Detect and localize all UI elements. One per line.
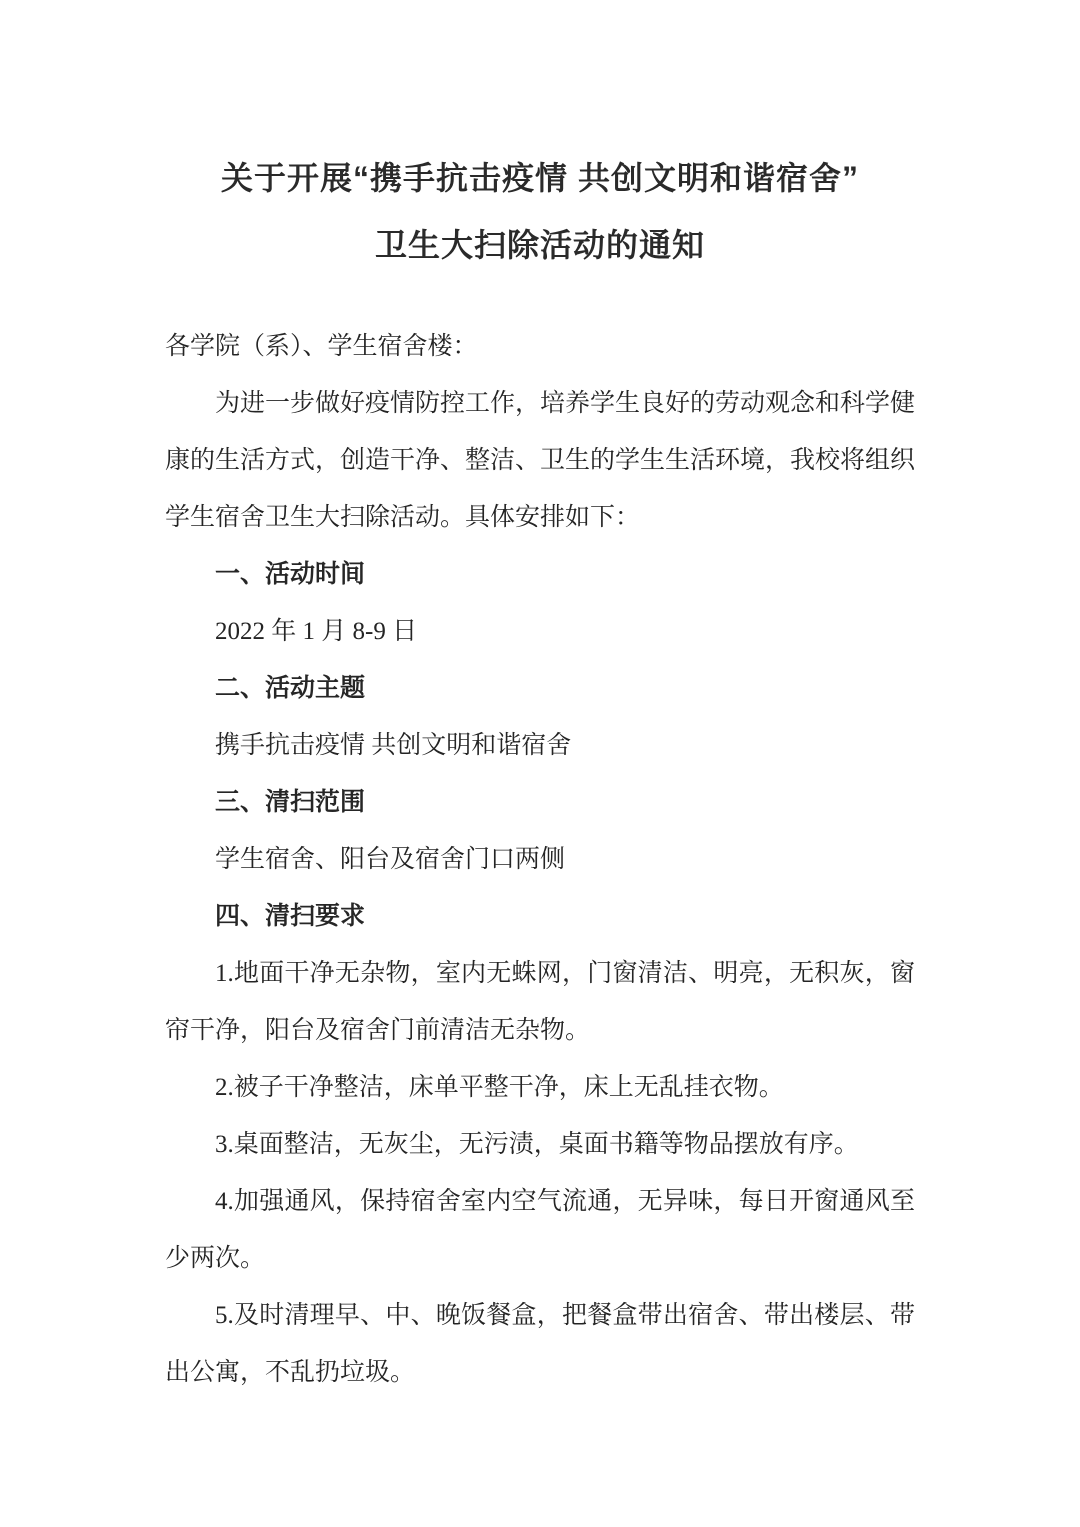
intro-paragraph: 为进一步做好疫情防控工作，培养学生良好的劳动观念和科学健康的生活方式，创造干净、… [165,375,915,546]
cleaning-scope-value: 学生宿舍、阳台及宿舍门口两侧 [165,831,915,888]
document-title: 关于开展“携手抗击疫情 共创文明和谐宿舍” 卫生大扫除活动的通知 [165,145,915,279]
notice-document-page: 关于开展“携手抗击疫情 共创文明和谐宿舍” 卫生大扫除活动的通知 各学院（系）、… [0,0,1080,1527]
title-line-2: 卫生大扫除活动的通知 [165,212,915,279]
requirement-item-3: 3.桌面整洁，无灰尘，无污渍，桌面书籍等物品摆放有序。 [165,1116,915,1173]
requirement-item-1: 1.地面干净无杂物，室内无蛛网，门窗清洁、明亮，无积灰，窗帘干净，阳台及宿舍门前… [165,945,915,1059]
section-heading-activity-time: 一、活动时间 [165,546,915,603]
requirement-item-4: 4.加强通风，保持宿舍室内空气流通，无异味，每日开窗通风至少两次。 [165,1173,915,1287]
activity-time-value: 2022 年 1 月 8-9 日 [165,603,915,660]
title-line-1: 关于开展“携手抗击疫情 共创文明和谐宿舍” [165,145,915,212]
salutation: 各学院（系）、学生宿舍楼： [165,318,915,375]
section-heading-activity-theme: 二、活动主题 [165,660,915,717]
section-heading-cleaning-scope: 三、清扫范围 [165,774,915,831]
section-heading-cleaning-requirements: 四、清扫要求 [165,888,915,945]
activity-theme-value: 携手抗击疫情 共创文明和谐宿舍 [165,717,915,774]
document-body: 各学院（系）、学生宿舍楼： 为进一步做好疫情防控工作，培养学生良好的劳动观念和科… [165,318,915,1401]
requirement-item-2: 2.被子干净整洁，床单平整干净，床上无乱挂衣物。 [165,1059,915,1116]
requirement-item-5: 5.及时清理早、中、晚饭餐盒，把餐盒带出宿舍、带出楼层、带出公寓，不乱扔垃圾。 [165,1287,915,1401]
